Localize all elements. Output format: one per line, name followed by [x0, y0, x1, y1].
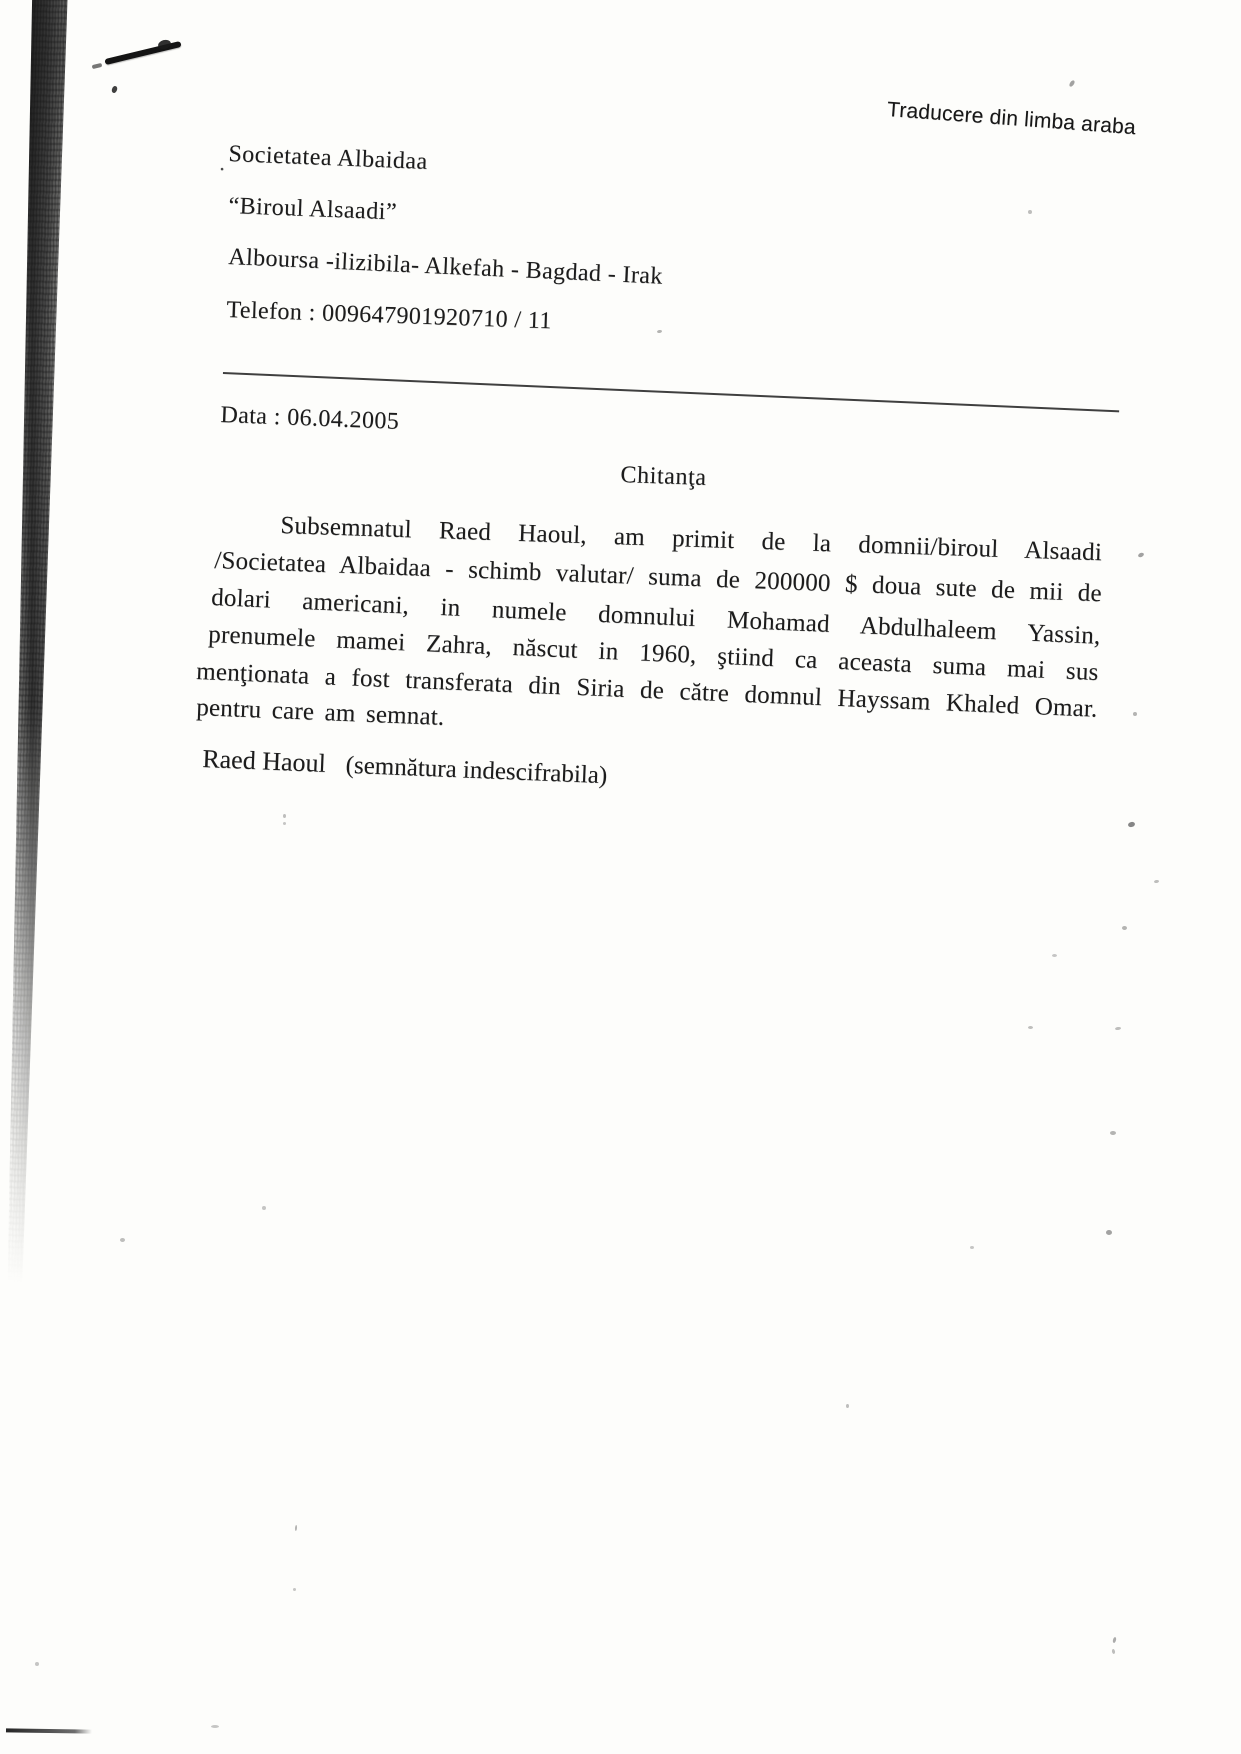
scan-speck — [283, 814, 286, 818]
scan-edge-artifact — [2, 0, 68, 1296]
scan-speck — [1137, 552, 1144, 558]
scan-bottom-line-artifact — [6, 1728, 92, 1733]
scan-speck — [262, 1206, 266, 1210]
scan-speck — [1154, 880, 1159, 884]
signature-line: Raed Haoul(semnătura indescifrabila) — [202, 744, 608, 790]
signatory-name: Raed Haoul — [202, 744, 327, 778]
address-line: Alboursa -ilizibila- Alkefah - Bagdad - … — [228, 244, 664, 291]
scan-speck — [1068, 79, 1075, 87]
scanned-document-page: Traducere din limba araba . Societatea A… — [0, 0, 1241, 1754]
scan-speck — [1052, 954, 1057, 957]
scan-speck — [1028, 210, 1032, 214]
signature-note: (semnătura indescifrabila) — [345, 752, 608, 789]
scan-speck — [120, 1238, 125, 1242]
stray-dot: . — [219, 150, 225, 176]
scan-speck — [1110, 1131, 1116, 1135]
scan-speck — [1133, 712, 1137, 716]
scan-speck — [283, 822, 286, 825]
scan-speck — [35, 1662, 39, 1666]
scan-speck — [1122, 926, 1127, 930]
pen-mark-fleck — [92, 63, 103, 69]
scan-speck — [1127, 821, 1135, 828]
document-title: Chitanţa — [620, 462, 707, 492]
scan-speck — [846, 1404, 849, 1408]
scan-speck — [295, 1525, 298, 1531]
scan-speck — [211, 1725, 219, 1728]
scan-speck — [1112, 1637, 1116, 1644]
scan-speck — [1028, 1026, 1033, 1029]
translation-note: Traducere din limba araba — [886, 98, 1136, 140]
body-line: pentru care am semnat. — [196, 692, 445, 733]
scan-speck — [657, 330, 662, 334]
company-name: Societatea Albaidaa — [228, 141, 428, 176]
office-name: “Biroul Alsaadi” — [228, 193, 398, 226]
scan-speck — [1115, 1027, 1121, 1031]
phone-line: Telefon : 009647901920710 / 11 — [226, 297, 552, 335]
scan-speck — [1106, 1230, 1112, 1235]
scan-speck — [970, 1246, 974, 1249]
scan-speck — [1112, 1649, 1116, 1654]
scan-speck — [293, 1588, 296, 1591]
pen-mark-dot — [111, 85, 118, 93]
date-line: Data : 06.04.2005 — [220, 402, 400, 436]
